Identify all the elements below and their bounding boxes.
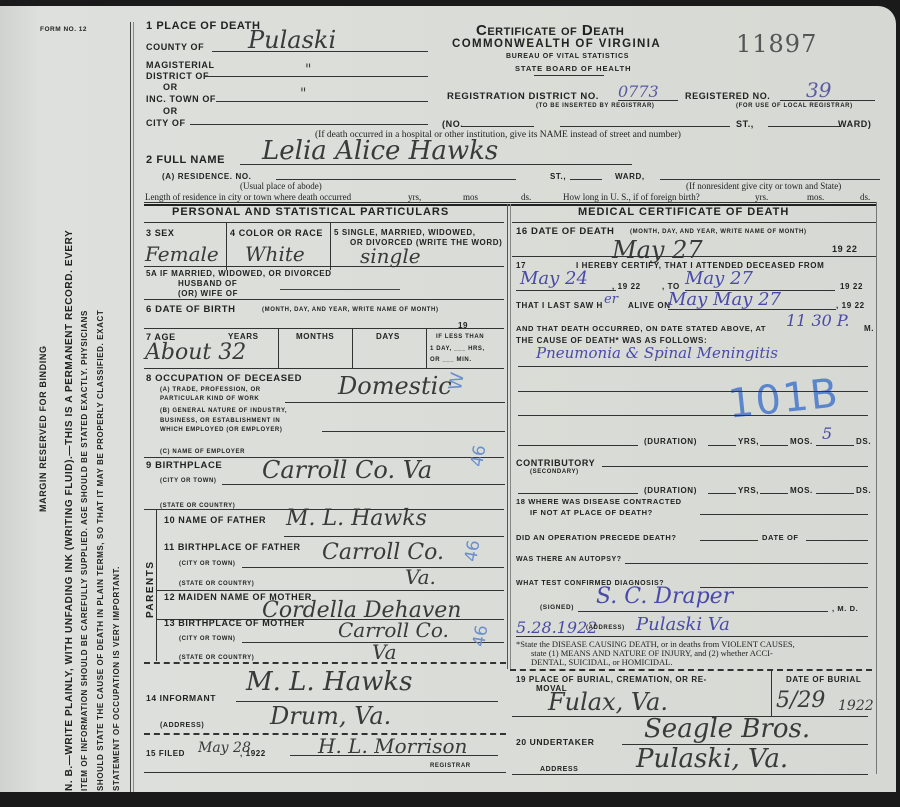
- registration-district-value[interactable]: 0773: [618, 82, 659, 101]
- or-label: OR: [163, 82, 178, 92]
- duration-label-2: (DURATION): [644, 486, 697, 495]
- secondary-label: (SECONDARY): [530, 469, 579, 475]
- margin-rule-2: [133, 22, 134, 792]
- death-date-label: 16 DATE OF DEATH: [516, 226, 614, 237]
- last-saw-pronoun[interactable]: er: [604, 292, 618, 307]
- informant-value[interactable]: M. L. Hawks: [246, 667, 412, 697]
- marital-value[interactable]: single: [360, 244, 421, 268]
- occupation-label: 8 OCCUPATION OF DECEASED: [146, 373, 302, 384]
- full-name-value[interactable]: Lelia Alice Hawks: [262, 136, 498, 166]
- operation-date-label: DATE OF: [762, 533, 799, 542]
- cause-code-stamp: 101B: [726, 370, 842, 427]
- death-time-value[interactable]: 11 30 P.: [786, 311, 850, 330]
- marital-label: 5 SINGLE, MARRIED, WIDOWED,: [334, 228, 476, 237]
- father-birthplace-label: 11 BIRTHPLACE OF FATHER: [164, 542, 301, 552]
- county-value[interactable]: Pulaski: [248, 26, 336, 54]
- residence-st-label: St.,: [550, 172, 566, 181]
- filed-label: 15 FILED: [146, 749, 185, 758]
- attended-to-date[interactable]: May 27: [685, 268, 753, 289]
- death-date-note: (MONTH, DAY, AND YEAR, WRITE NAME OF MON…: [630, 229, 807, 235]
- or-label-2: OR: [163, 106, 178, 116]
- father-name-label: 10 NAME OF FATHER: [164, 515, 266, 525]
- burial-date-value[interactable]: 5/29: [776, 688, 825, 713]
- certificate-number: 11897: [736, 30, 817, 58]
- md-label: , M. D.: [832, 604, 858, 613]
- binding-margin-note: MARGIN RESERVED FOR BINDING: [38, 345, 48, 512]
- sex-value[interactable]: Female: [145, 242, 219, 266]
- registrar-label: REGISTRAR: [430, 763, 471, 769]
- industry-label-2: BUSINESS, OR ESTABLISHMENT IN: [160, 418, 280, 424]
- instructions-line-3: SHOULD STATE THE CAUSE OF DEATH IN PLAIN…: [96, 310, 105, 791]
- attended-from-year[interactable]: , 19 22: [612, 282, 641, 291]
- months-label: MONTHS: [296, 332, 334, 341]
- county-label: County of: [146, 42, 204, 52]
- instructions-line-2: ITEM OF INFORMATION SHOULD BE CAREFULLY …: [80, 310, 89, 791]
- spouse-label: 5A IF MARRIED, WIDOWED, OR DIVORCED: [146, 269, 332, 278]
- cause-value[interactable]: Pneumonia & Spinal Meningitis: [536, 344, 778, 362]
- registration-district-label: Registration District No.: [447, 91, 599, 102]
- instructions-line-1: N. B.—WRITE PLAINLY, WITH UNFADING INK (…: [64, 230, 75, 791]
- contributory-label: CONTRIBUTORY: [516, 458, 595, 468]
- duration-ds-label: DS.: [856, 437, 871, 446]
- trade-label: (A) TRADE, PROFESSION, OR: [160, 387, 261, 393]
- burial-date-label: DATE OF BURIAL: [786, 675, 861, 684]
- dob-label: 6 DATE OF BIRTH: [146, 304, 236, 315]
- registered-no-value[interactable]: 39: [806, 78, 831, 102]
- father-birthplace-city[interactable]: Carroll Co.: [322, 540, 444, 565]
- form-number: FORM NO. 12: [40, 26, 87, 33]
- mother-birthplace-label: 13 BIRTHPLACE OF MOTHER: [164, 618, 305, 628]
- attended-from-date[interactable]: May 24: [520, 268, 588, 289]
- less-than-label: IF LESS THAN: [436, 334, 484, 340]
- ds-label-2: ds.: [860, 192, 870, 202]
- employer-label: (C) NAME OF EMPLOYER: [160, 449, 245, 455]
- nonresident-note: (If nonresident give city or town and St…: [686, 181, 841, 191]
- mos-label: mos: [463, 192, 478, 202]
- mother-birthplace-city[interactable]: Carroll Co.: [338, 618, 449, 642]
- duration-days-value[interactable]: 5: [822, 424, 832, 443]
- footnote-line-3: DENTAL, SUICIDAL, or HOMICIDAL.: [531, 657, 672, 667]
- age-value[interactable]: About 32: [145, 340, 246, 365]
- residence-note: (Usual place of abode): [240, 181, 322, 191]
- filed-year[interactable]: , 1922: [240, 749, 266, 758]
- street-no-label: (No.: [442, 119, 463, 129]
- death-time-label: AND THAT DEATH OCCURRED, ON DATE STATED …: [516, 324, 766, 333]
- commonwealth-title: Commonwealth of Virginia: [452, 38, 661, 50]
- inc-town-value[interactable]: ": [300, 86, 306, 102]
- dob-note: (MONTH, DAY, AND YEAR, WRITE NAME OF MON…: [262, 307, 439, 313]
- death-certificate: FORM NO. 12 MARGIN RESERVED FOR BINDING …: [0, 6, 896, 792]
- ward-label: Ward): [838, 119, 872, 129]
- duration-ds-label-2: DS.: [856, 486, 871, 495]
- contracted-label: 18 WHERE WAS DISEASE CONTRACTED: [516, 497, 682, 506]
- father-state-label: (STATE OR COUNTRY): [179, 581, 254, 587]
- minutes-field[interactable]: OR ___ MIN.: [430, 357, 472, 363]
- place-of-death-heading: 1 PLACE OF DEATH: [146, 20, 261, 32]
- stamp-code-birthplace: 46: [467, 444, 490, 469]
- birthplace-city-label: (CITY OR TOWN): [160, 478, 217, 484]
- yrs-label: yrs,: [408, 192, 421, 202]
- physician-address-value[interactable]: Pulaski Va: [636, 614, 730, 635]
- birthplace-label: 9 BIRTHPLACE: [146, 460, 222, 471]
- residence-ward-label: Ward,: [615, 172, 645, 181]
- full-name-label: 2 FULL NAME: [146, 154, 225, 166]
- duration-yrs-label: YRS,: [738, 437, 759, 446]
- undertaker-label: 20 UNDERTAKER: [516, 737, 595, 747]
- race-label: 4 COLOR OR RACE: [230, 228, 323, 238]
- mother-city-label: (CITY OR TOWN): [179, 636, 236, 642]
- burial-place-value[interactable]: Fulax, Va.: [548, 688, 668, 716]
- city-label: City of: [146, 118, 186, 128]
- burial-date-year[interactable]: 1922: [838, 698, 874, 714]
- duration-yrs-label-2: YRS,: [738, 486, 759, 495]
- duration-mos-label: MOS.: [790, 437, 813, 446]
- alive-on-label: ALIVE ON: [628, 301, 671, 310]
- residence-label: (A) Residence. No.: [162, 172, 251, 181]
- informant-address-value[interactable]: Drum, Va.: [270, 702, 391, 730]
- yrs-label-2: yrs.: [755, 192, 768, 202]
- father-birthplace-state[interactable]: Va.: [405, 565, 436, 589]
- registered-no-label: Registered No.: [685, 91, 770, 101]
- undertaker-address-label: ADDRESS: [540, 766, 578, 773]
- mother-state-label: (STATE OR COUNTRY): [179, 655, 254, 661]
- certificate-title: Certificate of Death: [476, 22, 624, 39]
- last-saw-year[interactable]: , 19 22: [836, 301, 865, 310]
- magisterial-value[interactable]: ": [305, 62, 311, 78]
- father-name-value[interactable]: M. L. Hawks: [286, 506, 427, 531]
- occupation-value[interactable]: Domestic: [338, 372, 452, 400]
- operation-label: DID AN OPERATION PRECEDE DEATH?: [516, 533, 677, 542]
- physician-signature[interactable]: S. C. Draper: [596, 584, 733, 609]
- stamp-code-mother: 46: [469, 624, 492, 649]
- spouse-value-dash[interactable]: [280, 289, 400, 290]
- physician-address-label: (ADDRESS): [586, 625, 625, 631]
- parents-label: PARENTS: [145, 560, 156, 618]
- death-time-suffix: M.: [864, 324, 874, 333]
- father-city-label: (CITY OR TOWN): [179, 561, 236, 567]
- mos-label-2: mos.: [807, 192, 824, 202]
- instructions-line-4: STATEMENT OF OCCUPATION IS VERY IMPORTAN…: [112, 566, 121, 791]
- personal-heading: PERSONAL AND STATISTICAL PARTICULARS: [172, 206, 449, 218]
- residence-length-label: Length of residence in city or town wher…: [145, 192, 351, 202]
- undertaker-address-value[interactable]: Pulaski, Va.: [636, 744, 788, 774]
- street-label: St.,: [736, 119, 754, 129]
- industry-label: (B) GENERAL NATURE OF INDUSTRY,: [160, 408, 287, 414]
- inc-town-label: Inc. Town of: [146, 94, 216, 104]
- foreign-birth-label: How long in U. S., if of foreign birth?: [563, 192, 700, 202]
- last-saw-date[interactable]: May May 27: [668, 289, 781, 310]
- death-date-value[interactable]: May 27: [612, 236, 703, 264]
- burial-place-label: 19 PLACE OF BURIAL, CREMATION, OR RE-: [516, 675, 707, 684]
- birthplace-value[interactable]: Carroll Co. Va: [262, 456, 432, 484]
- mother-birthplace-state[interactable]: Va: [372, 640, 397, 664]
- days-label: DAYS: [376, 332, 400, 341]
- undertaker-value[interactable]: Seagle Bros.: [644, 714, 810, 744]
- duration-mos-label-2: MOS.: [790, 486, 813, 495]
- hours-field[interactable]: 1 DAY, ___ HRS,: [430, 346, 485, 352]
- stamp-code-occupation: W: [445, 371, 469, 392]
- death-date-year[interactable]: 19 22: [832, 244, 858, 254]
- medical-heading: MEDICAL CERTIFICATE OF DEATH: [578, 206, 789, 218]
- contracted-label-2: IF NOT AT PLACE OF DEATH?: [530, 508, 653, 517]
- board-name: State Board of Health: [515, 64, 631, 73]
- trade-label-2: PARTICULAR KIND OF WORK: [160, 396, 259, 402]
- wife-label: (OR) WIFE OF: [178, 289, 238, 298]
- duration-label: (DURATION): [644, 437, 697, 446]
- stamp-code-father: 46: [461, 539, 484, 564]
- attended-to-year[interactable]: 19 22: [840, 282, 863, 291]
- ds-label: ds.: [521, 192, 531, 202]
- bureau-name: Bureau of Vital Statistics: [506, 53, 629, 60]
- registered-no-note: (FOR USE OF LOCAL REGISTRAR): [736, 103, 853, 109]
- magisterial-label: Magisterial District of: [146, 60, 215, 82]
- autopsy-label: WAS THERE AN AUTOPSY?: [516, 556, 622, 563]
- registrar-signature[interactable]: H. L. Morrison: [318, 734, 467, 758]
- margin-rule: [130, 22, 131, 792]
- husband-label: HUSBAND OF: [178, 279, 237, 288]
- informant-label: 14 INFORMANT: [146, 693, 216, 703]
- informant-address-label: (ADDRESS): [160, 722, 204, 729]
- race-value[interactable]: White: [245, 242, 305, 266]
- industry-label-3: WHICH EMPLOYED (OR EMPLOYER): [160, 427, 282, 433]
- signed-label: (SIGNED): [540, 604, 574, 611]
- last-saw-label: THAT I LAST SAW H: [516, 301, 603, 310]
- registration-district-note: (TO BE INSERTED BY REGISTRAR): [536, 103, 655, 109]
- sex-label: 3 SEX: [146, 228, 175, 238]
